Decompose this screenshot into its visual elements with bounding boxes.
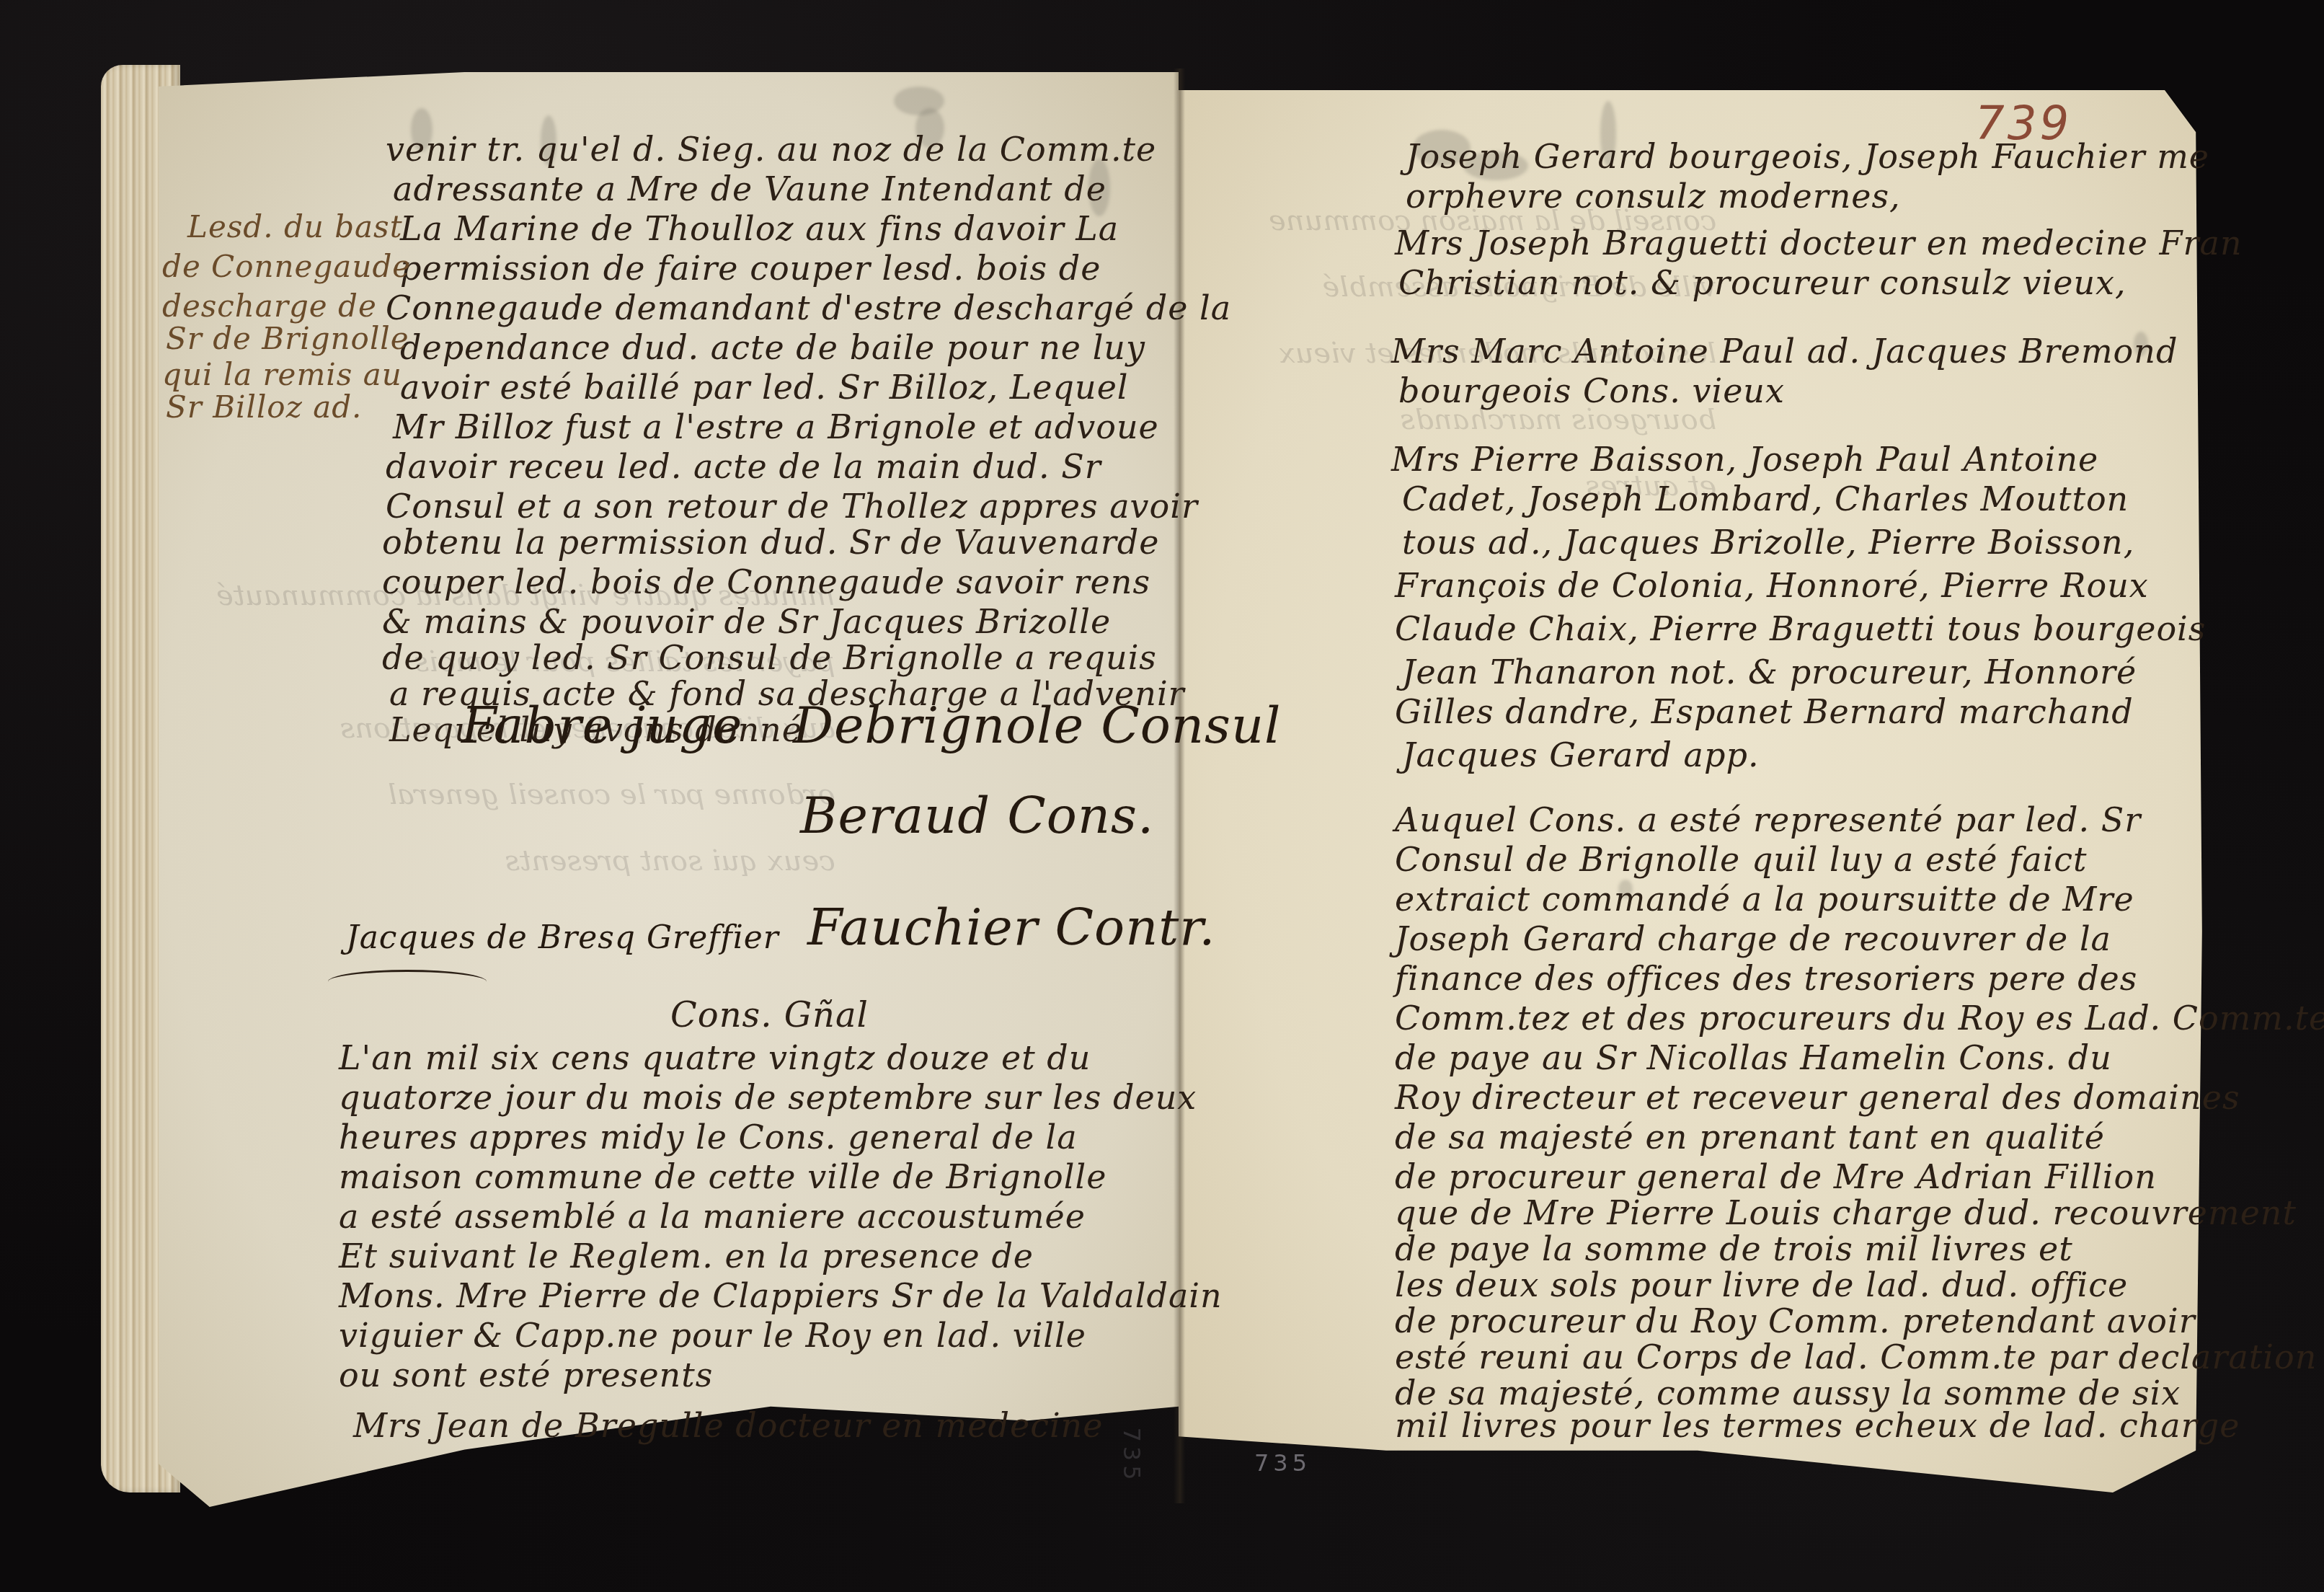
paragraph-line: extraict commandé a la poursuitte de Mre (1395, 880, 2134, 919)
paragraph-line: de paye la somme de trois mil livres et (1395, 1229, 2073, 1268)
paragraph-line: de paye au Sr Nicollas Hamelin Cons. du (1395, 1038, 2112, 1077)
signature-flourish (328, 970, 487, 994)
body-line: & mains & pouvoir de Sr Jacques Brizolle (382, 602, 1111, 641)
margin-note-line: Lesd. du bast (187, 209, 403, 244)
section-line: Mrs Jean de Bregulle docteur en medecine (353, 1406, 1103, 1445)
body-line: Mrs Joseph Braguetti docteur en medecine… (1395, 224, 2243, 262)
body-line: Connegaude demandant d'estre deschargé d… (386, 288, 1231, 327)
margin-note-line: qui la remis au (162, 357, 402, 392)
signature-debrignole: Debrignole Consul (793, 696, 1282, 755)
body-line: couper led. bois de Connegaude savoir re… (382, 562, 1150, 601)
paragraph-line: les deux sols pour livre de lad. dud. of… (1395, 1265, 2128, 1304)
section-heading: Cons. Gñal (670, 995, 869, 1035)
section-line: ou sont esté presents (339, 1356, 713, 1394)
body-line: Joseph Gerard bourgeois, Joseph Fauchier… (1406, 137, 2209, 176)
body-line: adressante a Mre de Vaune Intendant de (393, 169, 1106, 208)
paragraph-line: esté reuni au Corps de lad. Comm.te par … (1395, 1337, 2317, 1376)
section-line: viguier & Capp.ne pour le Roy en lad. vi… (339, 1316, 1086, 1355)
margin-note-line: Sr de Brignolle (166, 321, 409, 356)
body-line: Cadet, Joseph Lombard, Charles Moutton (1402, 479, 2129, 518)
margin-note-line: Sr Billoz ad. (166, 389, 362, 425)
body-line: obtenu la permission dud. Sr de Vauvenar… (382, 523, 1159, 562)
body-line: orphevre consulz modernes, (1406, 177, 1901, 216)
body-line: tous ad., Jacques Brizolle, Pierre Boiss… (1402, 523, 2134, 562)
signature-fabre: Fabre juge (461, 696, 743, 755)
body-line: Mrs Marc Antoine Paul ad. Jacques Bremon… (1391, 332, 2178, 371)
paragraph-line: finance des offices des tresoriers pere … (1395, 959, 2137, 998)
body-line: bourgeois Cons. vieux (1398, 371, 1785, 410)
signature-beraud: Beraud Cons. (800, 786, 1154, 845)
body-line: venir tr. qu'el d. Sieg. au noz de la Co… (386, 130, 1156, 169)
margin-note-line: descharge de (162, 288, 377, 324)
paragraph-line: que de Mre Pierre Louis charge dud. reco… (1395, 1193, 2297, 1232)
paragraph-line: de procureur du Roy Comm. pretendant avo… (1395, 1301, 2196, 1340)
paragraph-line: de sa majesté en prenant tant en qualité (1395, 1118, 2105, 1157)
body-line: Claude Chaix, Pierre Braguetti tous bour… (1395, 609, 2206, 648)
body-line: avoir esté baillé par led. Sr Billoz, Le… (400, 368, 1129, 407)
body-line: Mr Billoz fust a l'estre a Brignole et a… (393, 407, 1159, 446)
section-line: L'an mil six cens quatre vingtz douze et… (339, 1038, 1091, 1077)
section-line: a esté assemblé a la maniere accoustumée (339, 1197, 1086, 1236)
margin-note-line: de Connegaude (162, 249, 411, 284)
signature-fauchier: Fauchier Contr. (807, 898, 1215, 957)
body-line: Gilles dandre, Espanet Bernard marchand (1395, 692, 2134, 731)
paragraph-line: de procureur general de Mre Adrian Filli… (1395, 1157, 2157, 1196)
pencil-page-number-right: 735 (1254, 1449, 1311, 1477)
section-line: Mons. Mre Pierre de Clappiers Sr de la V… (339, 1276, 1223, 1315)
body-line: de quoy led. Sr Consul de Brignolle a re… (382, 638, 1157, 677)
body-line: Jean Thanaron not. & procureur, Honnoré (1402, 653, 2137, 691)
section-line: Et suivant le Reglem. en la presence de (339, 1237, 1034, 1275)
section-line: maison commune de cette ville de Brignol… (339, 1157, 1106, 1196)
pencil-page-number-left: 735 (1118, 1427, 1145, 1484)
body-line: dependance dud. acte de baile pour ne lu… (400, 328, 1145, 367)
section-line: quatorze jour du mois de septembre sur l… (339, 1078, 1197, 1117)
body-line: La Marine de Thoulloz aux fins davoir La (400, 209, 1119, 248)
body-line: Consul et a son retour de Thollez appres… (386, 487, 1198, 526)
paragraph-line: mil livres pour les termes echeux de lad… (1395, 1406, 2240, 1445)
paragraph-line: Joseph Gerard charge de recouvrer de la (1395, 919, 2111, 958)
paragraph-line: Comm.tez et des procureurs du Roy es Lad… (1395, 999, 2324, 1038)
body-line: Mrs Pierre Baisson, Joseph Paul Antoine (1391, 440, 2098, 479)
paragraph-line: Consul de Brignolle quil luy a esté faic… (1395, 840, 2088, 879)
body-line: Christian not. & procureur consulz vieux… (1398, 263, 2126, 302)
body-line: Jacques Gerard app. (1402, 735, 1760, 774)
paragraph-line: Auquel Cons. a esté representé par led. … (1395, 800, 2141, 839)
body-line: permission de faire couper lesd. bois de (400, 249, 1101, 288)
paragraph-line: Roy directeur et receveur general des do… (1395, 1078, 2240, 1117)
body-line: davoir receu led. acte de la main dud. S… (386, 447, 1101, 486)
body-line: François de Colonia, Honnoré, Pierre Rou… (1395, 566, 2149, 605)
signature-debresq: Jacques de Bresq Greffier (346, 919, 779, 956)
section-line: heures appres midy le Cons. general de l… (339, 1118, 1078, 1157)
